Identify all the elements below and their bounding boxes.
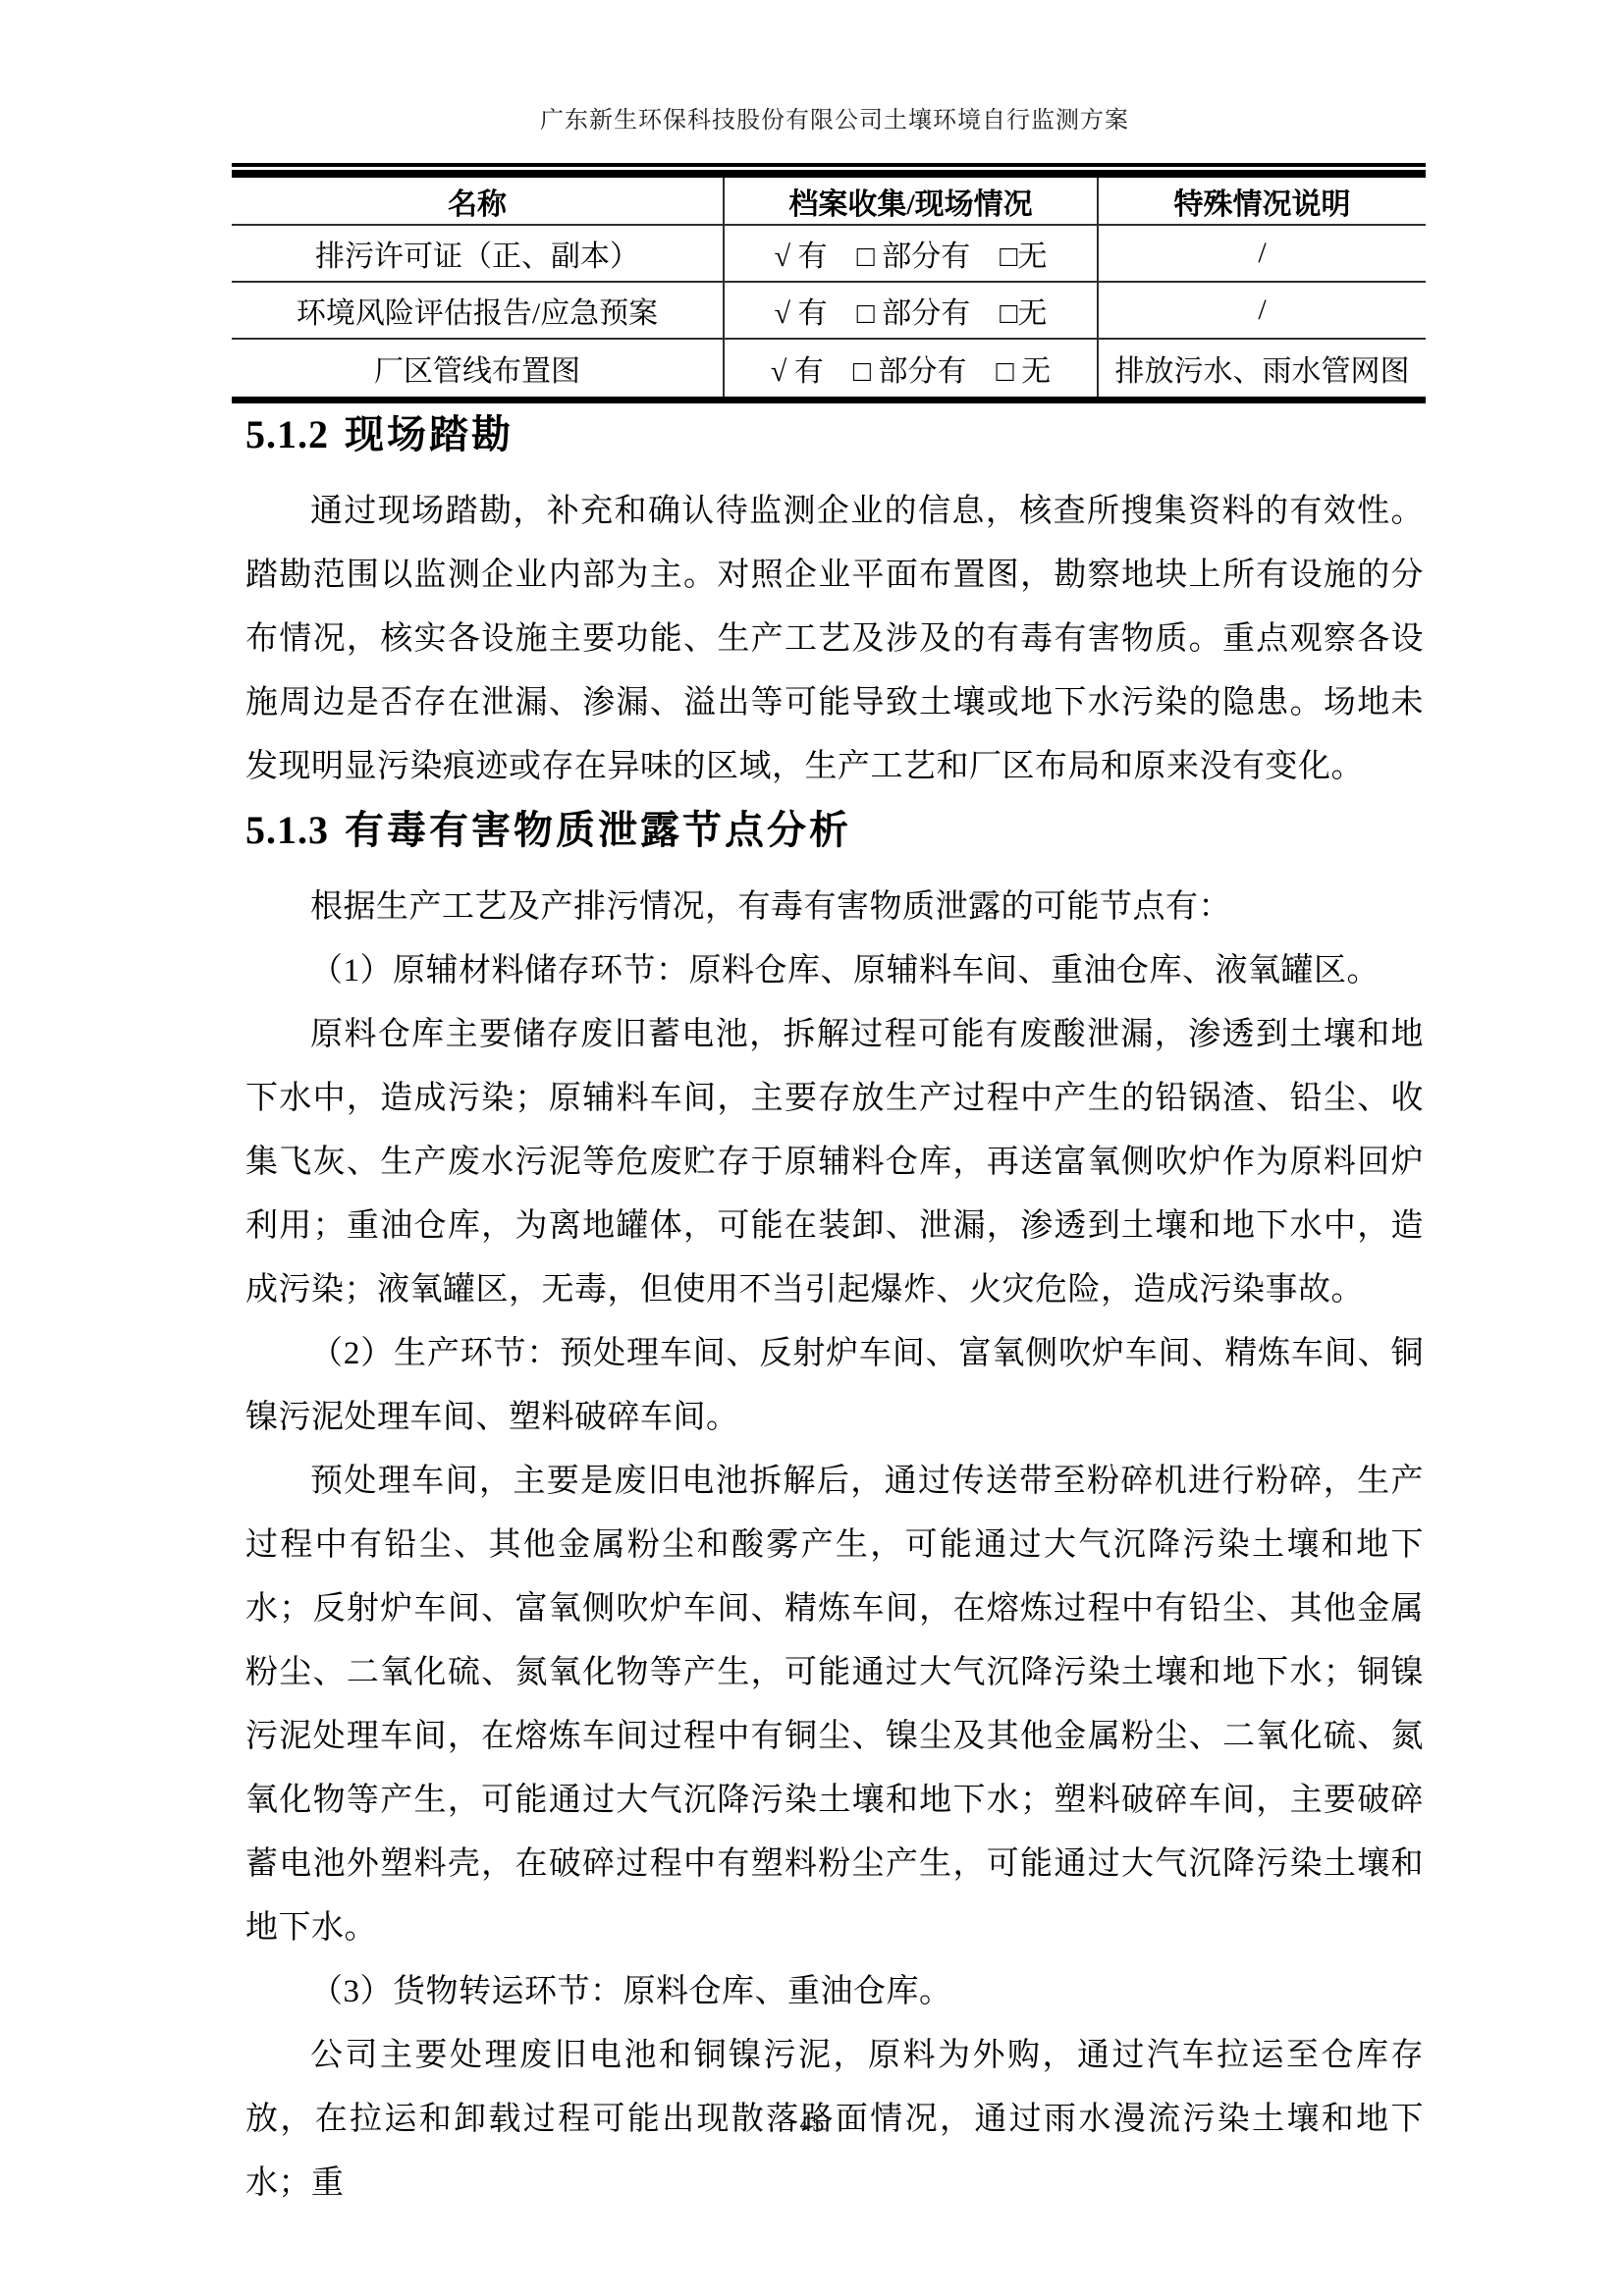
table-row-cell-note: /	[1099, 283, 1426, 340]
body-paragraph: 根据生产工艺及产排污情况，有毒有害物质泄露的可能节点有：	[245, 876, 1424, 939]
column-header-note: 特殊情况说明	[1099, 178, 1426, 226]
body-paragraph-list-item-2: （2）生产环节：预处理车间、反射炉车间、富氧侧吹炉车间、精炼车间、铜镍污泥处理车…	[245, 1322, 1424, 1450]
table-row-cell-name: 排污许可证（正、副本）	[232, 226, 725, 283]
table-row-cell-name: 环境风险评估报告/应急预案	[232, 283, 725, 340]
table-top-border-inner	[232, 170, 1426, 178]
table-row-cell-status: √ 有 □ 部分有 □无	[725, 283, 1099, 340]
column-header-status: 档案收集/现场情况	[725, 178, 1099, 226]
section-heading-5-1-2: 5.1.2 现场踏勘	[245, 411, 1424, 458]
page-content: 广东新生环保科技股份有限公司土壤环境自行监测方案 名称 档案收集/现场情况 特殊…	[245, 0, 1424, 2216]
table-row-cell-note: /	[1099, 226, 1426, 283]
table-bottom-border	[232, 397, 1426, 403]
column-header-name: 名称	[232, 178, 725, 226]
running-header-title: 广东新生环保科技股份有限公司土壤环境自行监测方案	[245, 0, 1424, 135]
archive-collection-table: 名称 档案收集/现场情况 特殊情况说明 排污许可证（正、副本） √ 有 □ 部分…	[232, 163, 1426, 403]
section-number: 5.1.3	[245, 807, 329, 854]
section-heading-5-1-3: 5.1.3 有毒有害物质泄露节点分析	[245, 807, 1424, 854]
body-paragraph: 预处理车间，主要是废旧电池拆解后，通过传送带至粉碎机进行粉碎，生产过程中有铅尘、…	[245, 1450, 1424, 1960]
table-grid: 名称 档案收集/现场情况 特殊情况说明 排污许可证（正、副本） √ 有 □ 部分…	[232, 178, 1426, 397]
section-title: 有毒有害物质泄露节点分析	[345, 807, 851, 854]
section-number: 5.1.2	[245, 411, 329, 458]
body-paragraph-list-item-1: （1）原辅材料储存环节：原料仓库、原辅料车间、重油仓库、液氧罐区。	[245, 939, 1424, 1003]
body-paragraph-list-item-3: （3）货物转运环节：原料仓库、重油仓库。	[245, 1960, 1424, 2024]
table-row-cell-note: 排放污水、雨水管网图	[1099, 340, 1426, 397]
section-title: 现场踏勘	[345, 411, 514, 458]
table-row-cell-status: √ 有 □ 部分有 □ 无	[725, 340, 1099, 397]
document-page: 广东新生环保科技股份有限公司土壤环境自行监测方案 名称 档案收集/现场情况 特殊…	[0, 0, 1624, 2296]
table-row-cell-status: √ 有 □ 部分有 □无	[725, 226, 1099, 283]
body-paragraph: 通过现场踏勘，补充和确认待监测企业的信息，核查所搜集资料的有效性。踏勘范围以监测…	[245, 480, 1424, 799]
body-paragraph: 原料仓库主要储存废旧蓄电池，拆解过程可能有废酸泄漏，渗透到土壤和地下水中，造成污…	[245, 1003, 1424, 1322]
table-row-cell-name: 厂区管线布置图	[232, 340, 725, 397]
page-number: 45	[0, 2110, 1624, 2138]
